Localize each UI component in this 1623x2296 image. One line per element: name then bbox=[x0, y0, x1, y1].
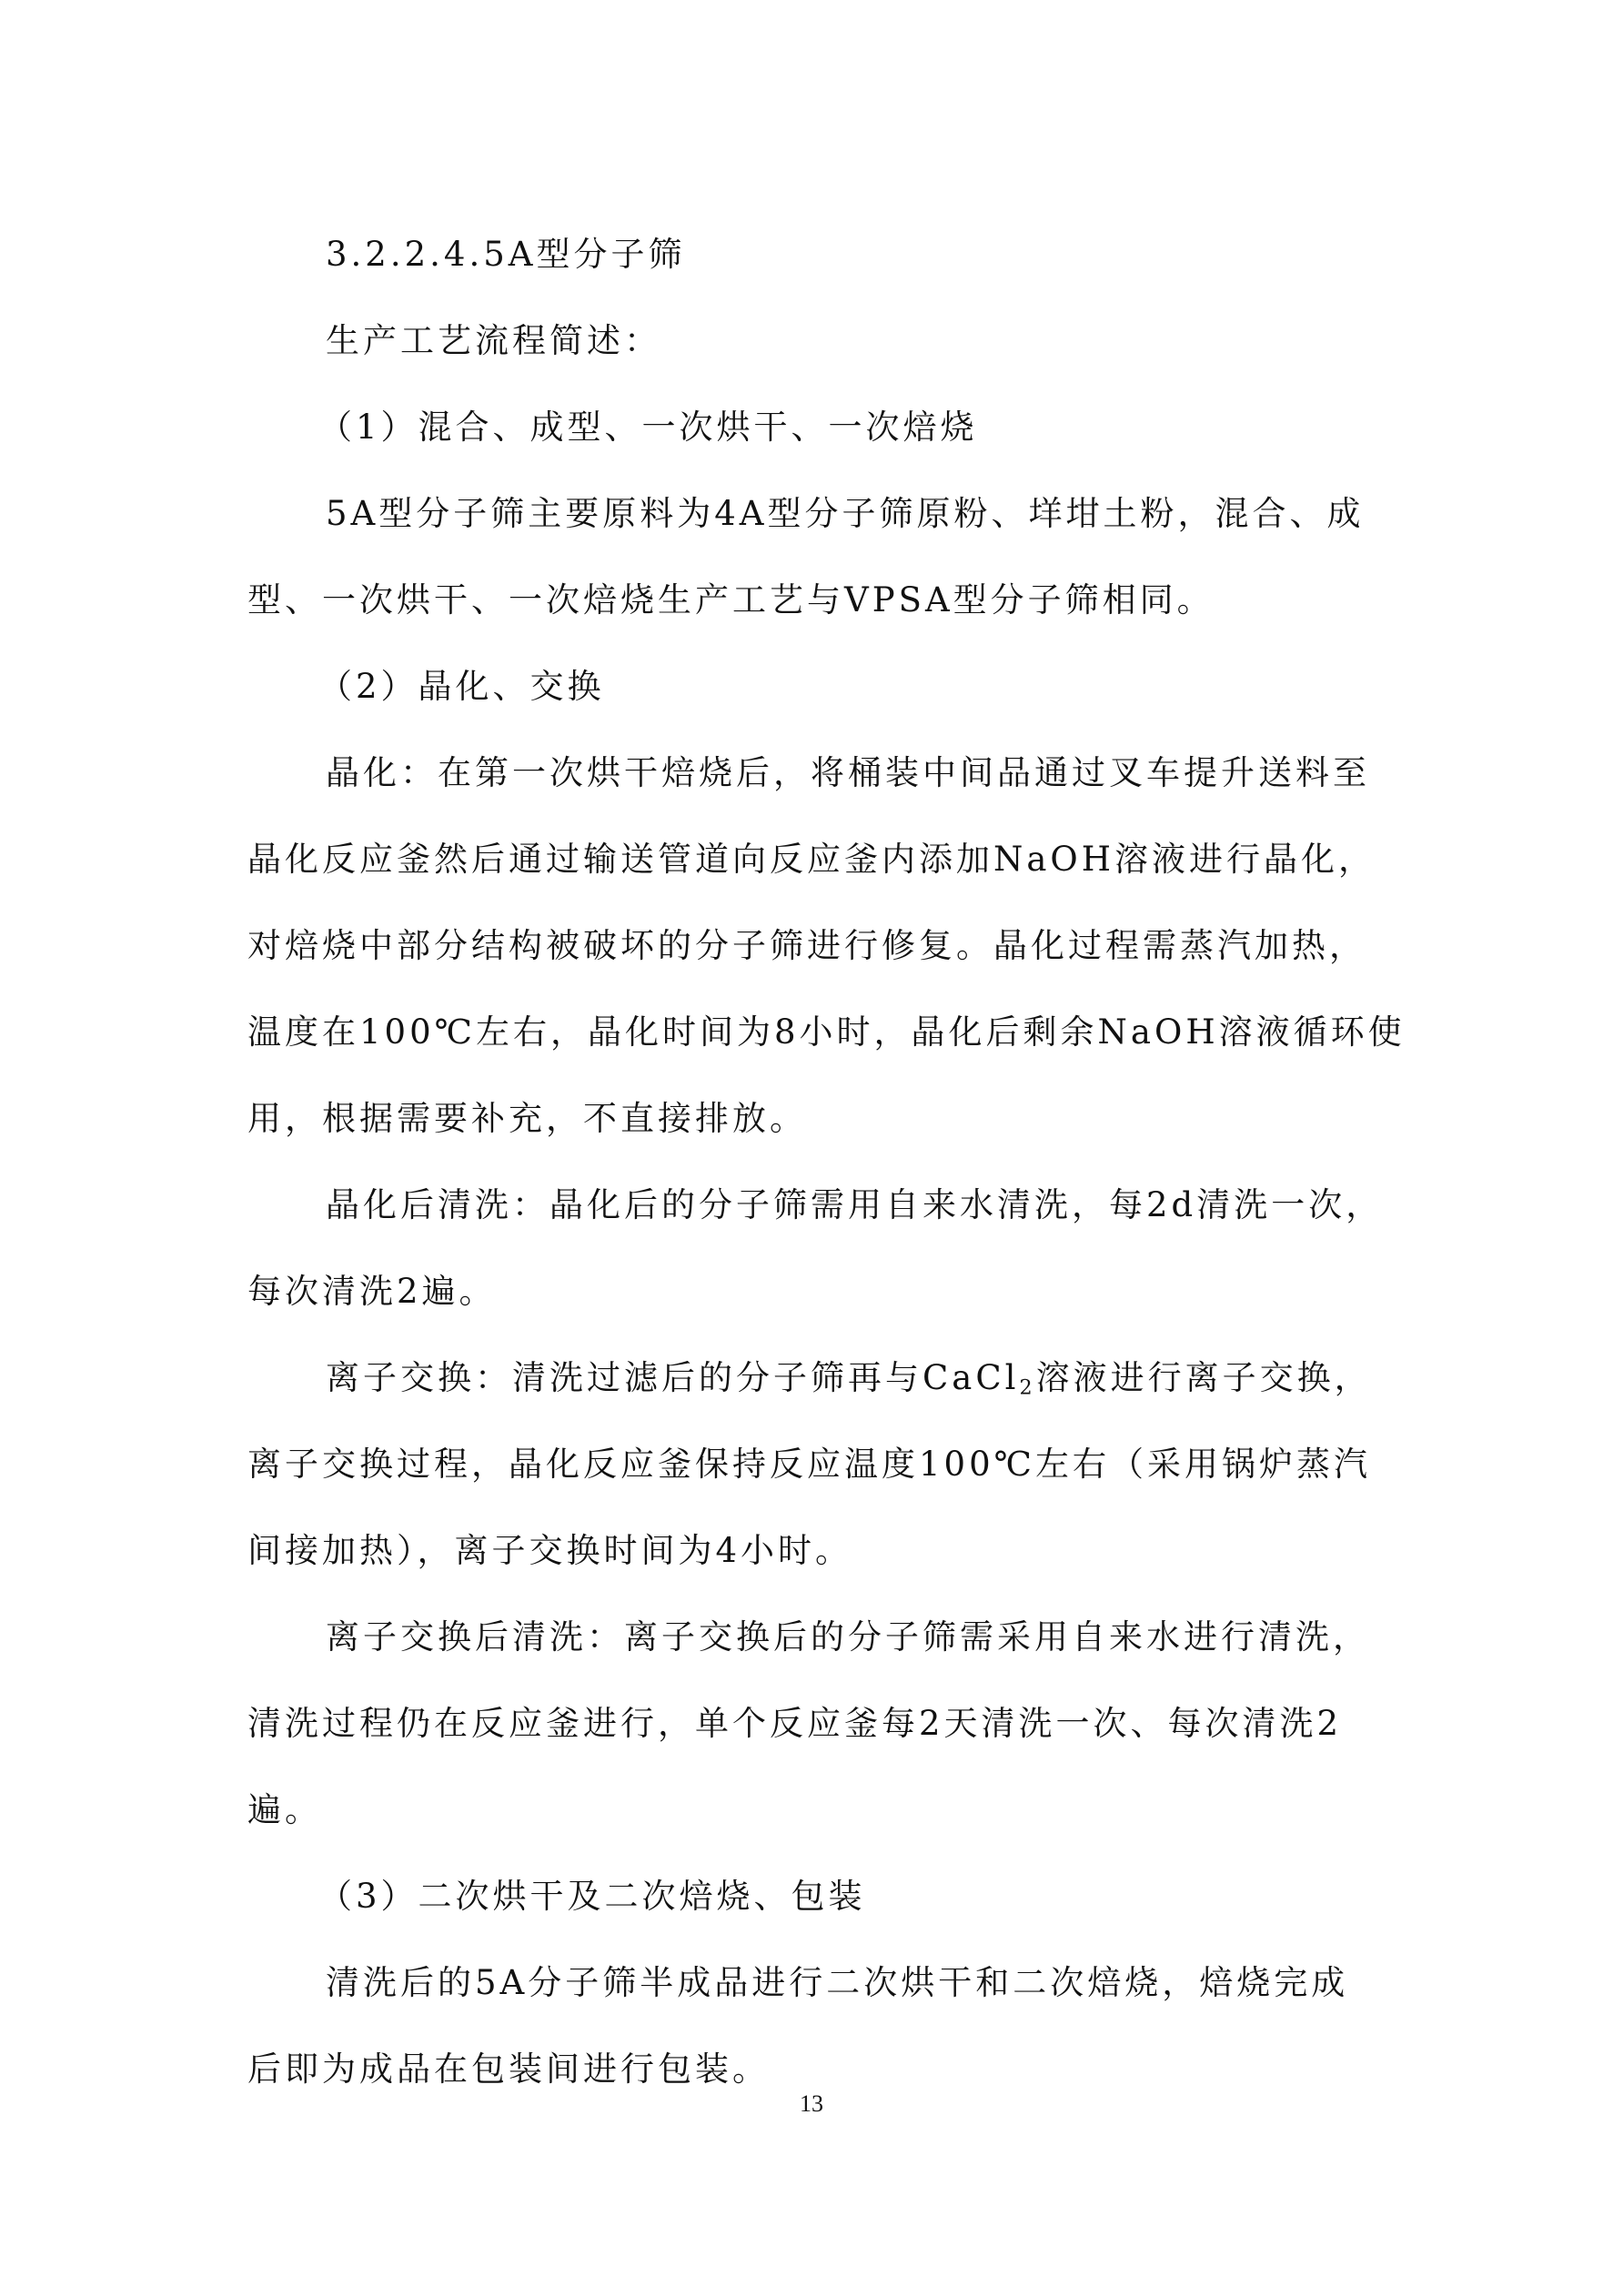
paragraph-line: 遍。 bbox=[247, 1767, 1376, 1853]
paragraph-line-ion-exchange: 离子交换：清洗过滤后的分子筛再与CaCl2溶液进行离子交换， bbox=[247, 1334, 1376, 1421]
step-3-title: （3）二次烘干及二次焙烧、包装 bbox=[247, 1853, 1376, 1939]
paragraph-line: 温度在100℃左右，晶化时间为8小时，晶化后剩余NaOH溶液循环使 bbox=[247, 989, 1376, 1075]
paragraph-line: 型、一次烘干、一次焙烧生产工艺与VPSA型分子筛相同。 bbox=[247, 557, 1376, 643]
document-page: 3.2.2.4.5A型分子筛 生产工艺流程简述： （1）混合、成型、一次烘干、一… bbox=[0, 0, 1623, 2296]
section-heading: 3.2.2.4.5A型分子筛 bbox=[247, 211, 1376, 297]
step-2-title: （2）晶化、交换 bbox=[247, 643, 1376, 730]
subscript: 2 bbox=[1020, 1376, 1036, 1400]
page-number: 13 bbox=[0, 2090, 1623, 2118]
paragraph-line: 晶化后清洗：晶化后的分子筛需用自来水清洗，每2d清洗一次， bbox=[247, 1162, 1376, 1248]
paragraph-line: 清洗过程仍在反应釜进行，单个反应釜每2天清洗一次、每次清洗2 bbox=[247, 1680, 1376, 1767]
text-segment: 离子交换：清洗过滤后的分子筛再与CaCl bbox=[326, 1358, 1020, 1397]
paragraph-line: 晶化反应釜然后通过输送管道向反应釜内添加NaOH溶液进行晶化， bbox=[247, 816, 1376, 902]
page-content: 3.2.2.4.5A型分子筛 生产工艺流程简述： （1）混合、成型、一次烘干、一… bbox=[247, 211, 1376, 2112]
paragraph-line: 间接加热），离子交换时间为4小时。 bbox=[247, 1507, 1376, 1594]
paragraph-line: 每次清洗2遍。 bbox=[247, 1248, 1376, 1334]
paragraph-line: 清洗后的5A分子筛半成品进行二次烘干和二次焙烧，焙烧完成 bbox=[247, 1939, 1376, 2026]
step-1-title: （1）混合、成型、一次烘干、一次焙烧 bbox=[247, 384, 1376, 470]
paragraph-line: 晶化：在第一次烘干焙烧后，将桶装中间品通过叉车提升送料至 bbox=[247, 730, 1376, 816]
text-segment: 溶液进行离子交换， bbox=[1036, 1358, 1372, 1397]
paragraph-line: 用，根据需要补充，不直接排放。 bbox=[247, 1075, 1376, 1162]
paragraph-line: 5A型分子筛主要原料为4A型分子筛原粉、垟坩土粉，混合、成 bbox=[247, 470, 1376, 557]
intro-label: 生产工艺流程简述： bbox=[247, 297, 1376, 384]
paragraph-line: 离子交换后清洗：离子交换后的分子筛需采用自来水进行清洗， bbox=[247, 1594, 1376, 1680]
paragraph-line: 对焙烧中部分结构被破坏的分子筛进行修复。晶化过程需蒸汽加热， bbox=[247, 902, 1376, 989]
paragraph-line: 离子交换过程，晶化反应釜保持反应温度100℃左右（采用锅炉蒸汽 bbox=[247, 1421, 1376, 1507]
